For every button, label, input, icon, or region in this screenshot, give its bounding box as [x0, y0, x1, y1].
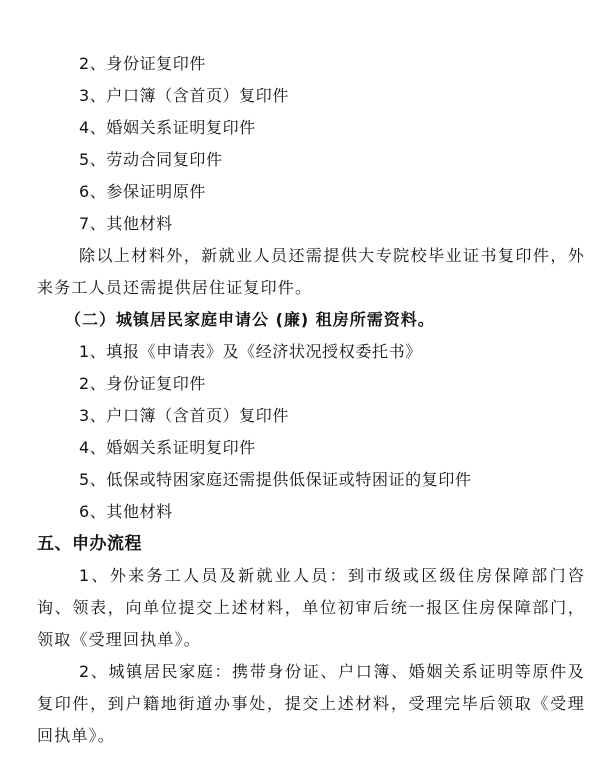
- list-item: 3、户口簿（含首页）复印件: [37, 400, 585, 432]
- section-application-process: 五、申办流程 1、外来务工人员及新就业人员：到市级或区级住房保障部门咨询、领表，…: [37, 528, 585, 752]
- section-heading: 五、申办流程: [37, 528, 585, 560]
- subsection-heading: （二）城镇居民家庭申请公 (廉) 租房所需资料。: [37, 304, 585, 336]
- list-item: 6、其他材料: [37, 496, 585, 528]
- list-item: 3、户口簿（含首页）复印件: [37, 80, 585, 112]
- subsection-urban-families: （二）城镇居民家庭申请公 (廉) 租房所需资料。 1、填报《申请表》及《经济状况…: [37, 304, 585, 528]
- list-item: 2、身份证复印件: [37, 368, 585, 400]
- list-item: 5、低保或特困家庭还需提供低保证或特困证的复印件: [37, 464, 585, 496]
- additional-materials-note: 除以上材料外，新就业人员还需提供大专院校毕业证书复印件，外来务工人员还需提供居住…: [37, 240, 585, 304]
- materials-list-a: 2、身份证复印件 3、户口簿（含首页）复印件 4、婚姻关系证明复印件 5、劳动合…: [37, 48, 585, 304]
- list-item: 1、填报《申请表》及《经济状况授权委托书》: [37, 336, 585, 368]
- list-item: 5、劳动合同复印件: [37, 144, 585, 176]
- process-paragraph: 1、外来务工人员及新就业人员：到市级或区级住房保障部门咨询、领表，向单位提交上述…: [37, 560, 585, 656]
- list-item: 2、身份证复印件: [37, 48, 585, 80]
- process-paragraph: 2、城镇居民家庭：携带身份证、户口簿、婚姻关系证明等原件及复印件，到户籍地街道办…: [37, 656, 585, 752]
- document-page: 2、身份证复印件 3、户口簿（含首页）复印件 4、婚姻关系证明复印件 5、劳动合…: [37, 48, 585, 752]
- list-item: 7、其他材料: [37, 208, 585, 240]
- list-item: 4、婚姻关系证明复印件: [37, 112, 585, 144]
- list-item: 4、婚姻关系证明复印件: [37, 432, 585, 464]
- list-item: 6、参保证明原件: [37, 176, 585, 208]
